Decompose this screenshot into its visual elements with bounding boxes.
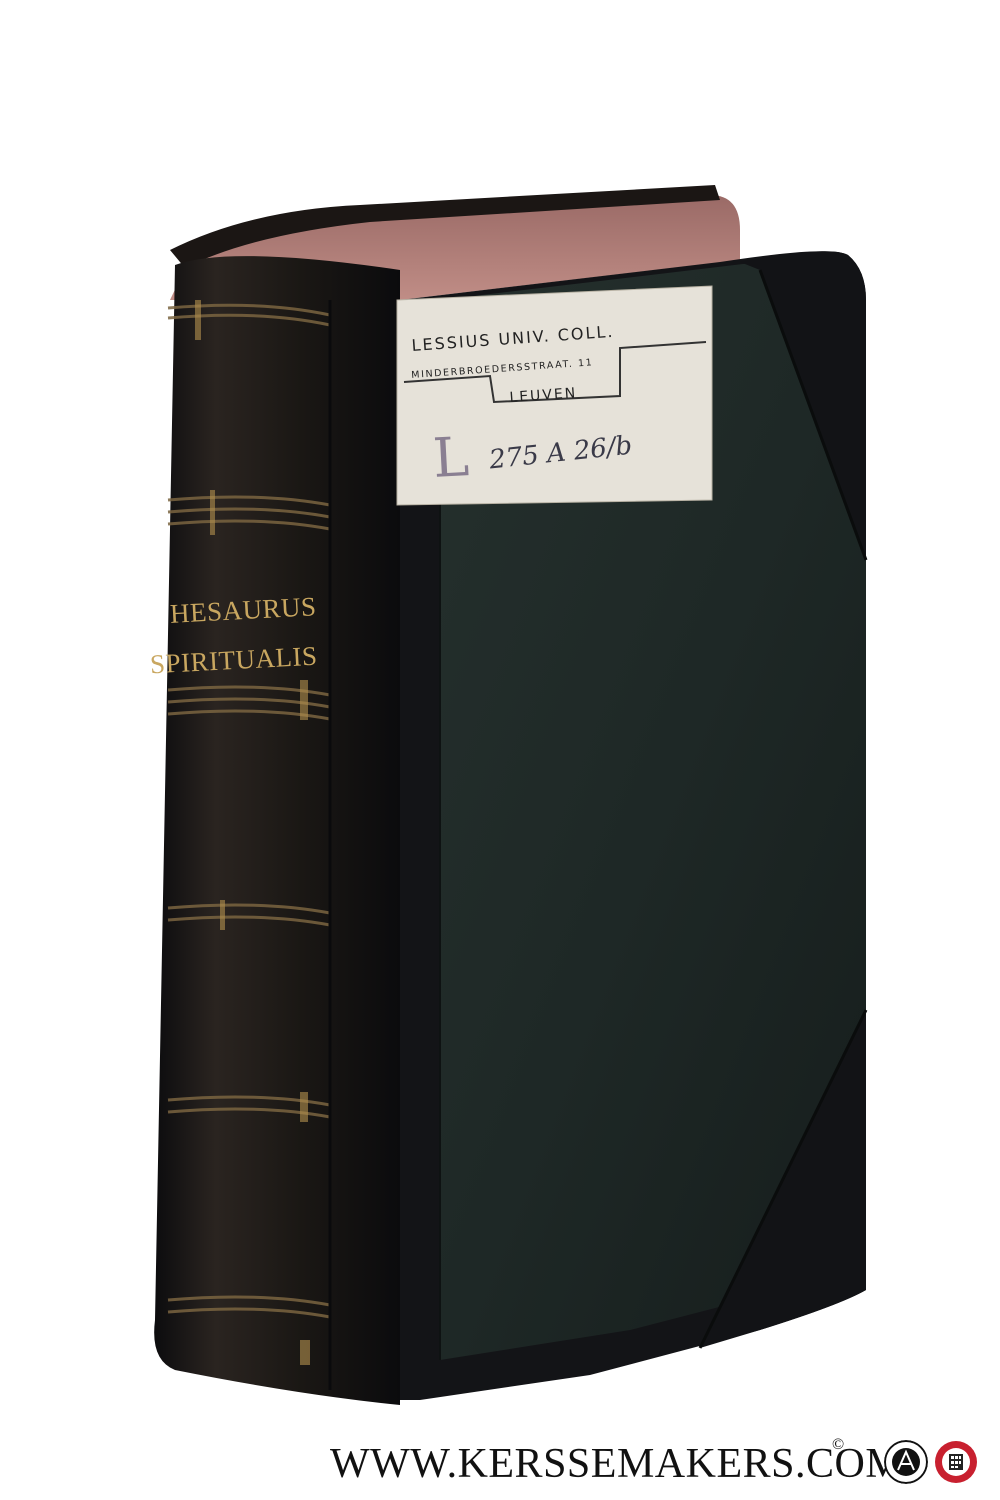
label-street: MINDERBROEDERSSTRAAT. 11 <box>411 357 594 381</box>
nvva-antiquarian-association-logo <box>884 1440 928 1484</box>
library-label: LESSIUS UNIV. COLL. MINDERBROEDERSSTRAAT… <box>397 300 712 505</box>
website-watermark: WWW.KERSSEMAKERS.COM <box>330 1440 903 1488</box>
book-photo <box>0 0 1000 1420</box>
label-institution: LESSIUS UNIV. COLL. <box>411 322 615 355</box>
shelf-mark-number: 275 A 26/b <box>488 431 634 476</box>
label-city: LEUVEN <box>509 385 578 406</box>
shelf-mark-letter: L <box>431 425 470 490</box>
copyright-symbol: © <box>832 1436 844 1454</box>
ilab-amor-librorum-logo <box>934 1440 978 1484</box>
book-spine <box>154 256 400 1405</box>
